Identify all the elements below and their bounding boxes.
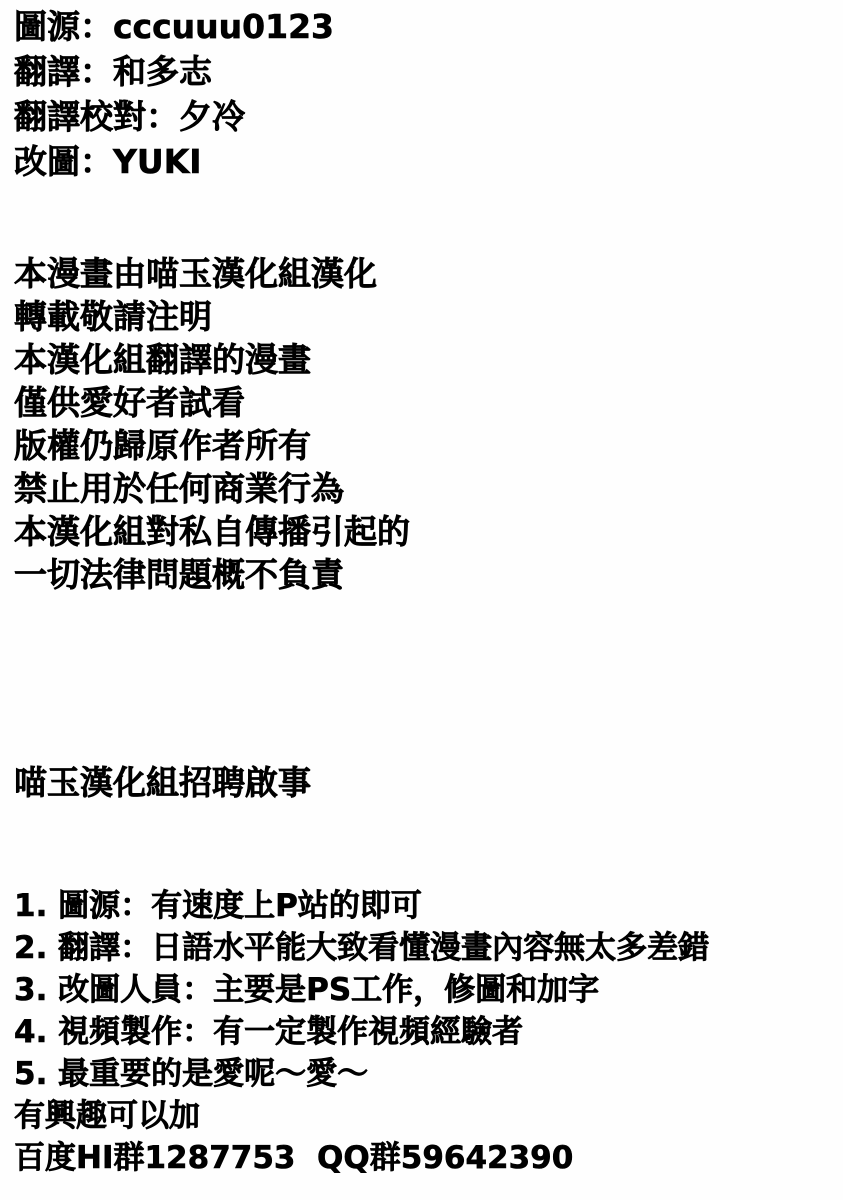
scanlation-credits-page: 圖源：cccuuu0123 翻譯：和多志 翻譯校對：夕冷 改圖：YUKI 本漫畫… xyxy=(0,0,843,1200)
recruitment-item: 1. 圖源：有速度上P站的即可 xyxy=(14,885,835,927)
recruitment-item: 5. 最重要的是愛呢～愛～ xyxy=(14,1053,835,1095)
recruitment-title: 喵玉漢化組招聘啟事 xyxy=(14,760,835,805)
recruitment-item: 4. 視頻製作：有一定製作視頻經驗者 xyxy=(14,1011,835,1053)
recruitment-item: 3. 改圖人員：主要是PS工作，修圖和加字 xyxy=(14,969,835,1011)
recruitment-group-numbers: 百度HI群1287753 QQ群59642390 xyxy=(14,1137,835,1179)
credit-line-source: 圖源：cccuuu0123 xyxy=(14,4,835,49)
recruitment-title-block: 喵玉漢化組招聘啟事 xyxy=(14,760,835,805)
disclaimer-line: 禁止用於任何商業行為 xyxy=(14,467,835,510)
disclaimer-line: 本漢化組翻譯的漫畫 xyxy=(14,338,835,381)
credit-line-editor: 改圖：YUKI xyxy=(14,139,835,184)
staff-credits-block: 圖源：cccuuu0123 翻譯：和多志 翻譯校對：夕冷 改圖：YUKI xyxy=(14,4,835,184)
disclaimer-line: 僅供愛好者試看 xyxy=(14,381,835,424)
disclaimer-line: 本漫畫由喵玉漢化組漢化 xyxy=(14,252,835,295)
disclaimer-line: 一切法律問題概不負責 xyxy=(14,553,835,596)
recruitment-item: 2. 翻譯：日語水平能大致看懂漫畫內容無太多差錯 xyxy=(14,927,835,969)
credit-line-translator: 翻譯：和多志 xyxy=(14,49,835,94)
recruitment-list-block: 1. 圖源：有速度上P站的即可 2. 翻譯：日語水平能大致看懂漫畫內容無太多差錯… xyxy=(14,885,835,1179)
disclaimer-line: 轉載敬請注明 xyxy=(14,295,835,338)
disclaimer-line: 本漢化組對私自傳播引起的 xyxy=(14,510,835,553)
credit-line-proofreader: 翻譯校對：夕冷 xyxy=(14,94,835,139)
disclaimer-block: 本漫畫由喵玉漢化組漢化 轉載敬請注明 本漢化組翻譯的漫畫 僅供愛好者試看 版權仍… xyxy=(14,252,835,596)
recruitment-contact-note: 有興趣可以加 xyxy=(14,1095,835,1137)
disclaimer-line: 版權仍歸原作者所有 xyxy=(14,424,835,467)
